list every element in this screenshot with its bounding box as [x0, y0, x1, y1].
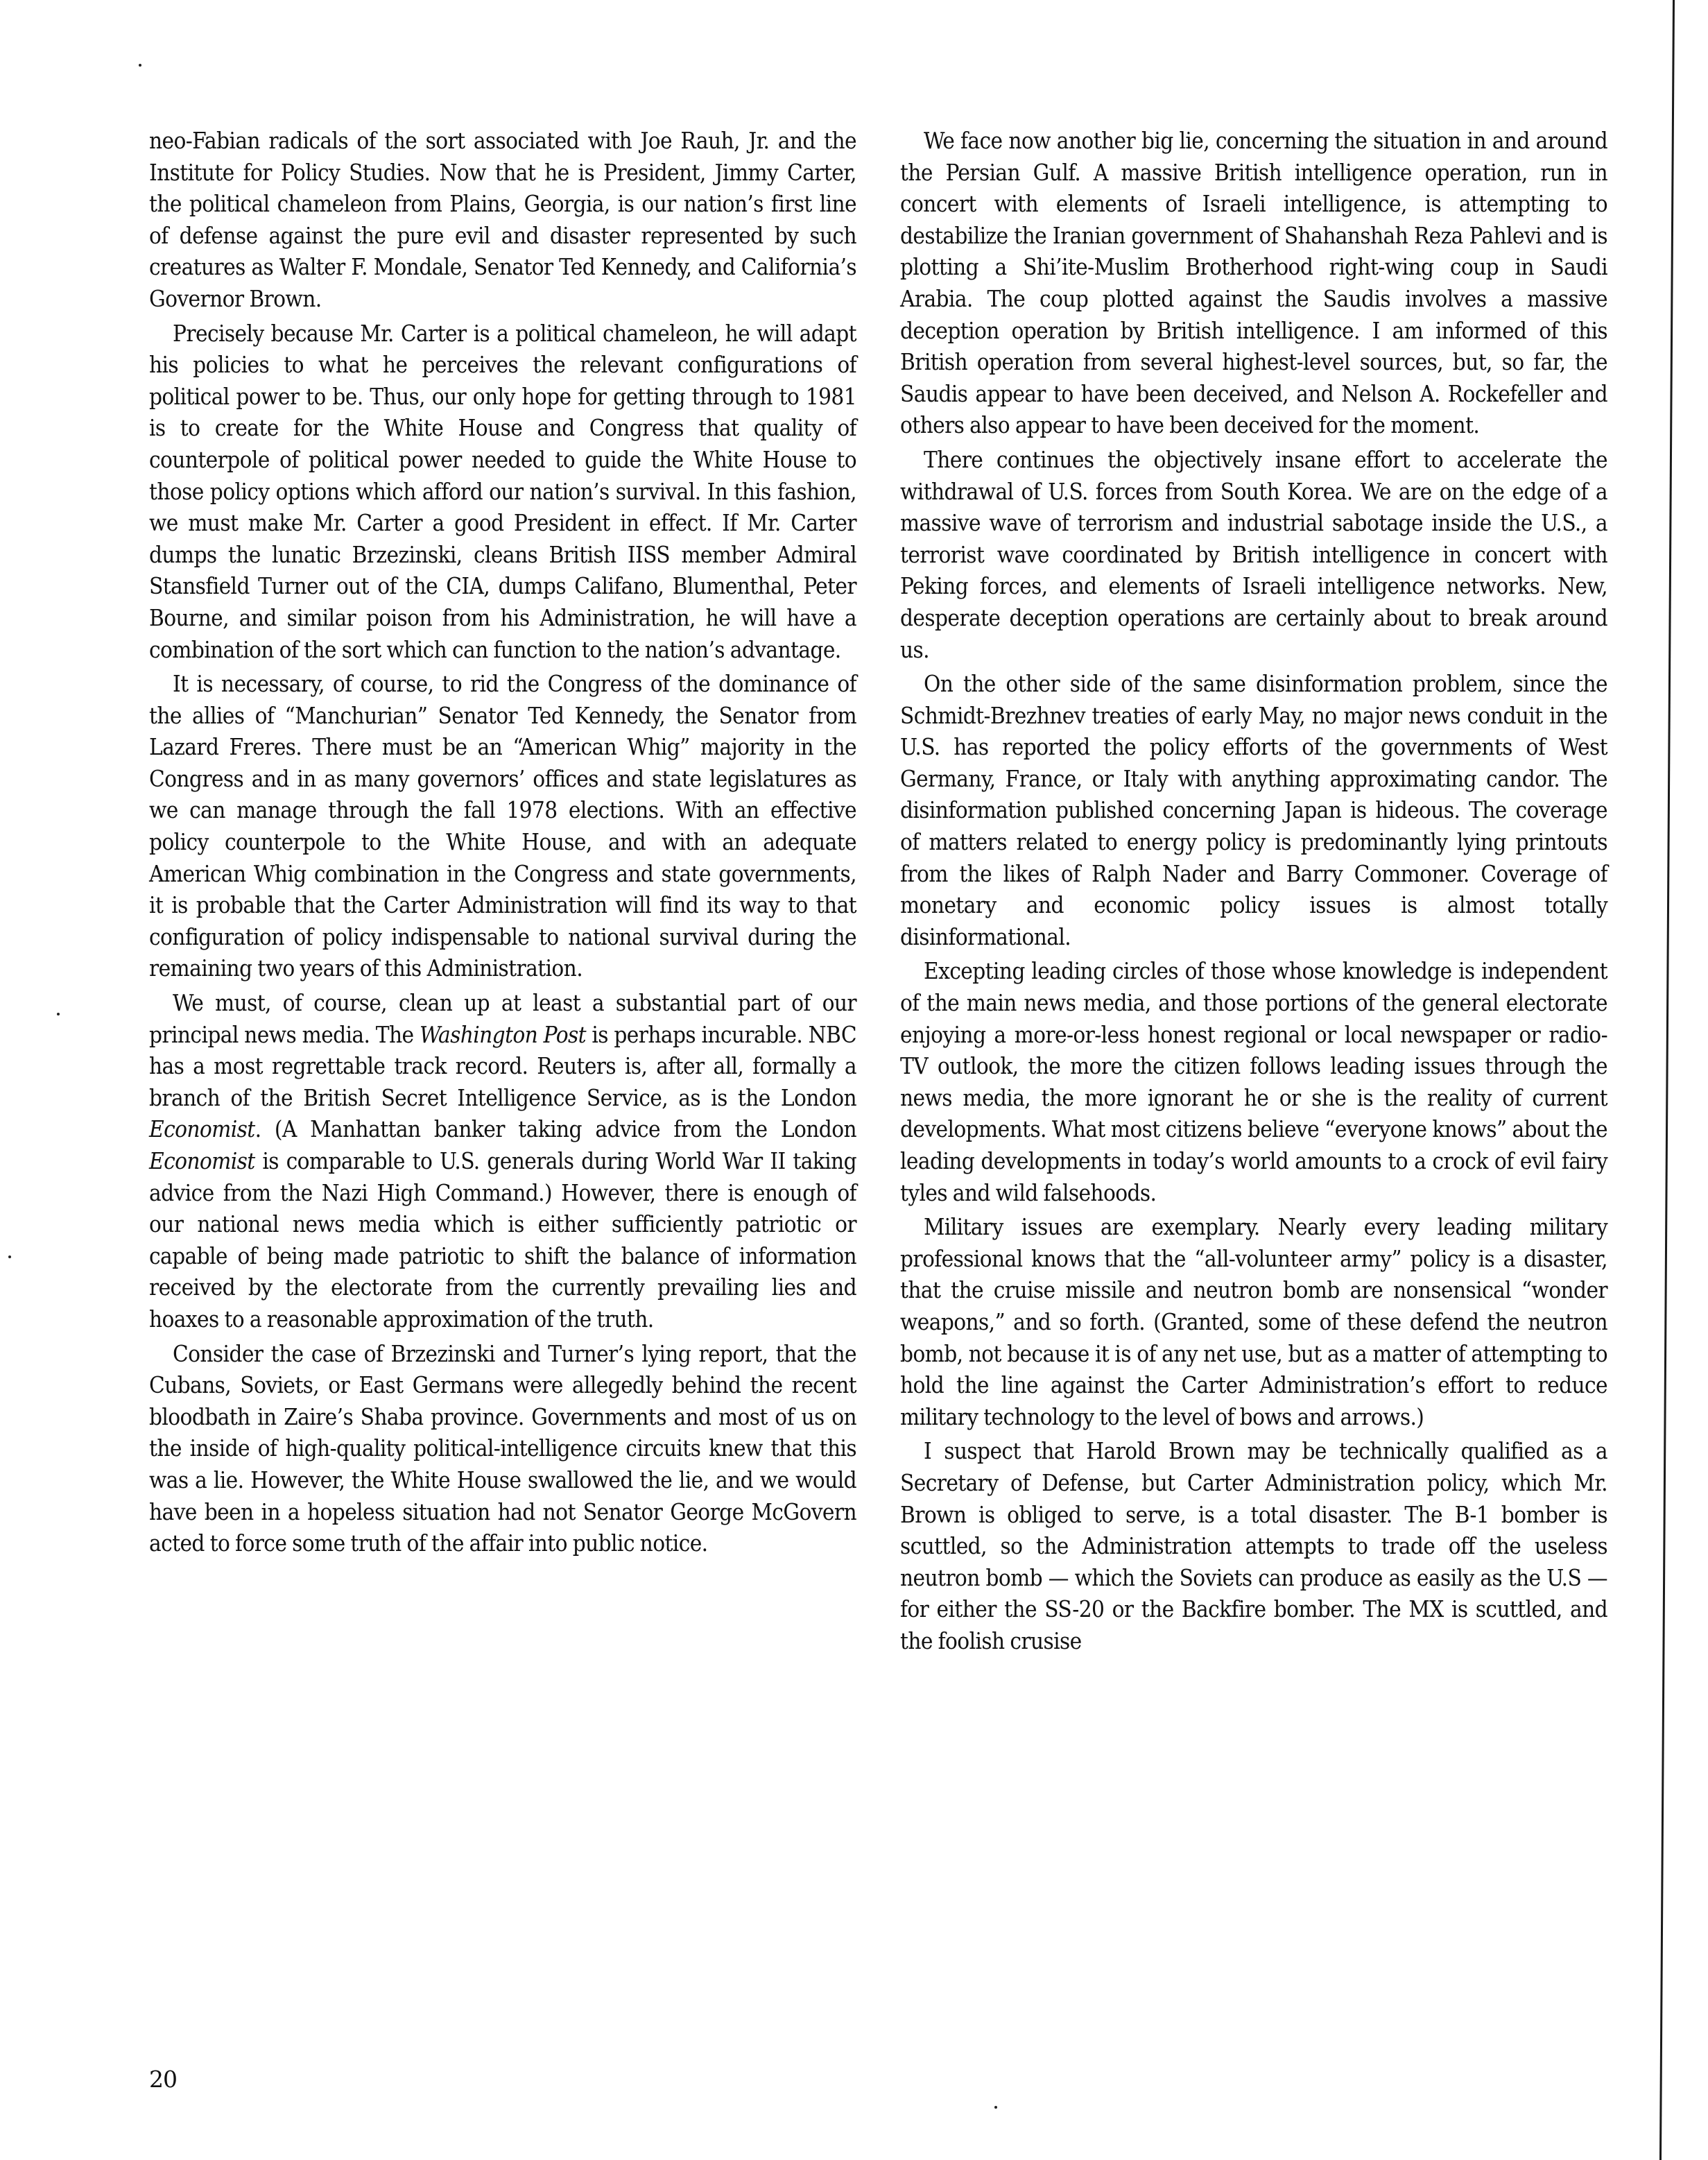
scan-speck — [8, 1255, 11, 1258]
paragraph: We face now another big lie, concerning … — [900, 125, 1607, 441]
right-text-column: We face now another big lie, concerning … — [900, 125, 1607, 1660]
left-text-column: neo-Fabian radicals of the sort associat… — [149, 125, 856, 1562]
paragraph: It is necessary, of course, to rid the C… — [149, 668, 856, 984]
paragraph: Precisely because Mr. Carter is a politi… — [149, 318, 856, 666]
paragraph: Excepting leading circles of those whose… — [900, 955, 1607, 1208]
paragraph: neo-Fabian radicals of the sort associat… — [149, 125, 856, 315]
paragraph: There continues the objectively insane e… — [900, 444, 1607, 665]
text-run: is comparable to U.S. generals during Wo… — [149, 1147, 856, 1332]
page-edge-rule — [1659, 0, 1675, 2160]
paragraph: Military issues are exemplary. Nearly ev… — [900, 1211, 1607, 1432]
publication-title: Washington Post — [420, 1021, 586, 1048]
text-run: . (A Manhattan banker taking advice from… — [255, 1115, 856, 1142]
scan-speck — [994, 2106, 997, 2109]
document-page: neo-Fabian radicals of the sort associat… — [0, 0, 1708, 2160]
publication-title: Economist — [149, 1147, 255, 1174]
page-number: 20 — [149, 2066, 177, 2093]
paragraph: On the other side of the same disinforma… — [900, 668, 1607, 952]
scan-speck — [57, 1013, 60, 1015]
paragraph-with-italics: We must, of course, clean up at least a … — [149, 987, 856, 1335]
scan-speck — [139, 64, 141, 67]
paragraph: I suspect that Harold Brown may be techn… — [900, 1435, 1607, 1656]
publication-title: Economist — [149, 1115, 255, 1142]
paragraph: Consider the case of Brzezinski and Turn… — [149, 1338, 856, 1559]
